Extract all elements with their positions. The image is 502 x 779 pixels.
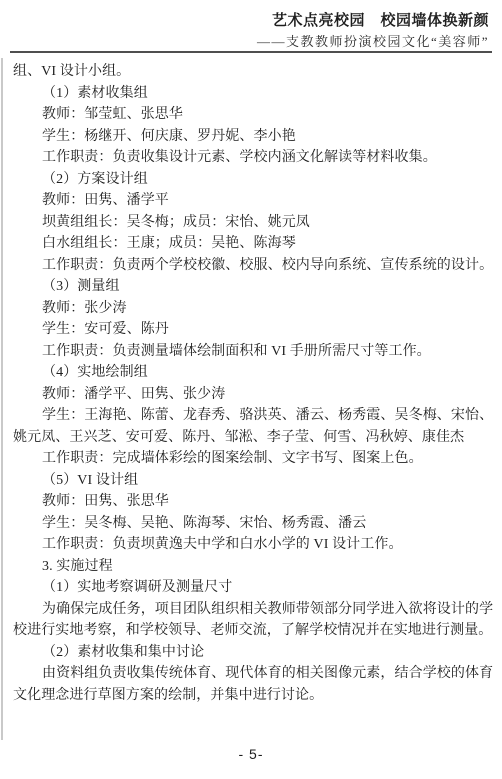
body-line: 教师：张少涛: [13, 298, 489, 320]
body-line: 学生：吴冬梅、吴艳、陈海琴、宋怡、杨秀霞、潘云: [13, 513, 489, 535]
body-text: 组、VI 设计小组。 （1）素材收集组 教师：邹莹虹、张思华 学生：杨继开、何庆…: [13, 61, 489, 706]
scan-edge-line: [1, 58, 3, 740]
body-line: 组、VI 设计小组。: [13, 61, 489, 83]
body-line: 教师：田隽、潘学平: [13, 190, 489, 212]
header-subtitle: ——支教教师扮演校园文化“美容师”: [257, 31, 489, 52]
body-line: 坝黄组组长：吴冬梅；成员：宋怡、姚元凤: [13, 212, 489, 234]
page-header: 艺术点亮校园 校园墙体换新颜 ——支教教师扮演校园文化“美容师”: [257, 11, 489, 52]
body-line: 工作职责：负责坝黄逸夫中学和白水小学的 VI 设计工作。: [13, 534, 489, 556]
body-line: 教师：潘学平、田隽、张少涛: [13, 384, 489, 406]
body-line: （1）素材收集组: [13, 83, 489, 105]
body-line: 由资料组负责收集传统体育、现代体育的相关图像元素，结合学校的体育: [13, 663, 489, 685]
body-line: 学生：安可爱、陈丹: [13, 319, 489, 341]
body-line: 工作职责：负责两个学校校徽、校服、校内导向系统、宣传系统的设计。: [13, 255, 489, 277]
body-line: 姚元凤、王兴芝、安可爱、陈丹、邹淞、李子莹、何雪、冯秋婷、康佳杰: [13, 427, 489, 449]
document-page: 艺术点亮校园 校园墙体换新颜 ——支教教师扮演校园文化“美容师” 组、VI 设计…: [0, 0, 502, 779]
body-line: 工作职责：负责测量墙体绘制面积和 VI 手册所需尺寸等工作。: [13, 341, 489, 363]
body-line: 文化理念进行草图方案的绘制，并集中进行讨论。: [13, 685, 489, 707]
body-line: （5）VI 设计组: [13, 470, 489, 492]
body-line: 工作职责：完成墙体彩绘的图案绘制、文字书写、图案上色。: [13, 448, 489, 470]
body-line: 学生：王海艳、陈蕾、龙春秀、骆洪英、潘云、杨秀霞、吴冬梅、宋怡、: [13, 405, 489, 427]
body-line: 教师：田隽、张思华: [13, 491, 489, 513]
body-line: 学生：杨继开、何庆康、罗丹妮、李小艳: [13, 126, 489, 148]
body-line: 校进行实地考察，和学校领导、老师交流，了解学校情况并在实地进行测量。: [13, 620, 489, 642]
body-line: （1）实地考察调研及测量尺寸: [13, 577, 489, 599]
body-line: 教师：邹莹虹、张思华: [13, 104, 489, 126]
body-line: 白水组组长：王康；成员：吴艳、陈海琴: [13, 233, 489, 255]
body-line: （2）方案设计组: [13, 169, 489, 191]
body-line: 工作职责：负责收集设计元素、学校内涵文化解读等材料收集。: [13, 147, 489, 169]
header-title: 艺术点亮校园 校园墙体换新颜: [257, 11, 489, 31]
page-number: - 5-: [0, 746, 502, 762]
body-line: 为确保完成任务，项目团队组织相关教师带领部分同学进入欲将设计的学: [13, 599, 489, 621]
body-line: （4）实地绘制组: [13, 362, 489, 384]
header-divider: [10, 51, 492, 53]
body-line: 3. 实施过程: [13, 556, 489, 578]
body-line: （3）测量组: [13, 276, 489, 298]
body-line: （2）素材收集和集中讨论: [13, 642, 489, 664]
